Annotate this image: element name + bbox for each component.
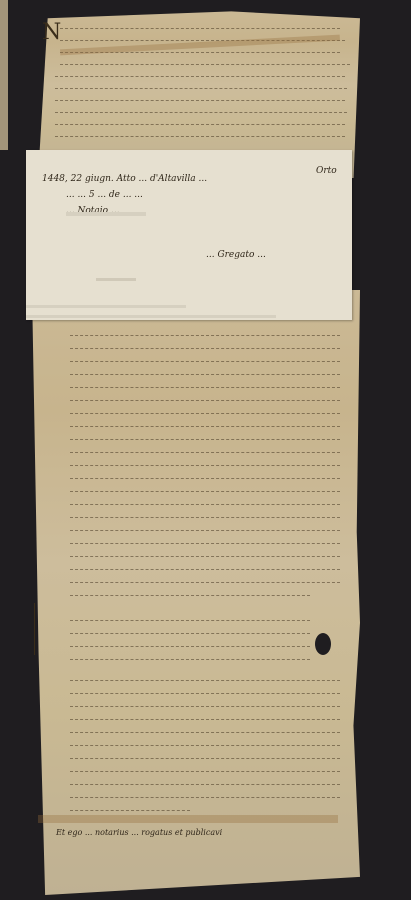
note-line-1: 1448, 22 giugn. Atto ... d'Altavilla ... [42, 174, 207, 184]
parchment-hole [315, 633, 331, 655]
archival-note: Orto 1448, 22 giugn. Atto ... d'Altavill… [26, 150, 352, 320]
note-signature: ... Gregato ... [206, 250, 266, 260]
document-photo: N Orto 1448, 22 giugn. Atto ... d'Altavi… [0, 0, 411, 150]
note-line-2: ... ... 5 ... de ... ... [66, 190, 143, 200]
parchment-main [32, 290, 360, 895]
notary-sign [34, 603, 55, 655]
parchment-edge [0, 0, 8, 150]
note-corner-mark: Orto [316, 166, 337, 176]
illuminated-initial: N [42, 20, 61, 45]
closing-line: Et ego ... notarius ... rogatus et publi… [56, 828, 222, 837]
